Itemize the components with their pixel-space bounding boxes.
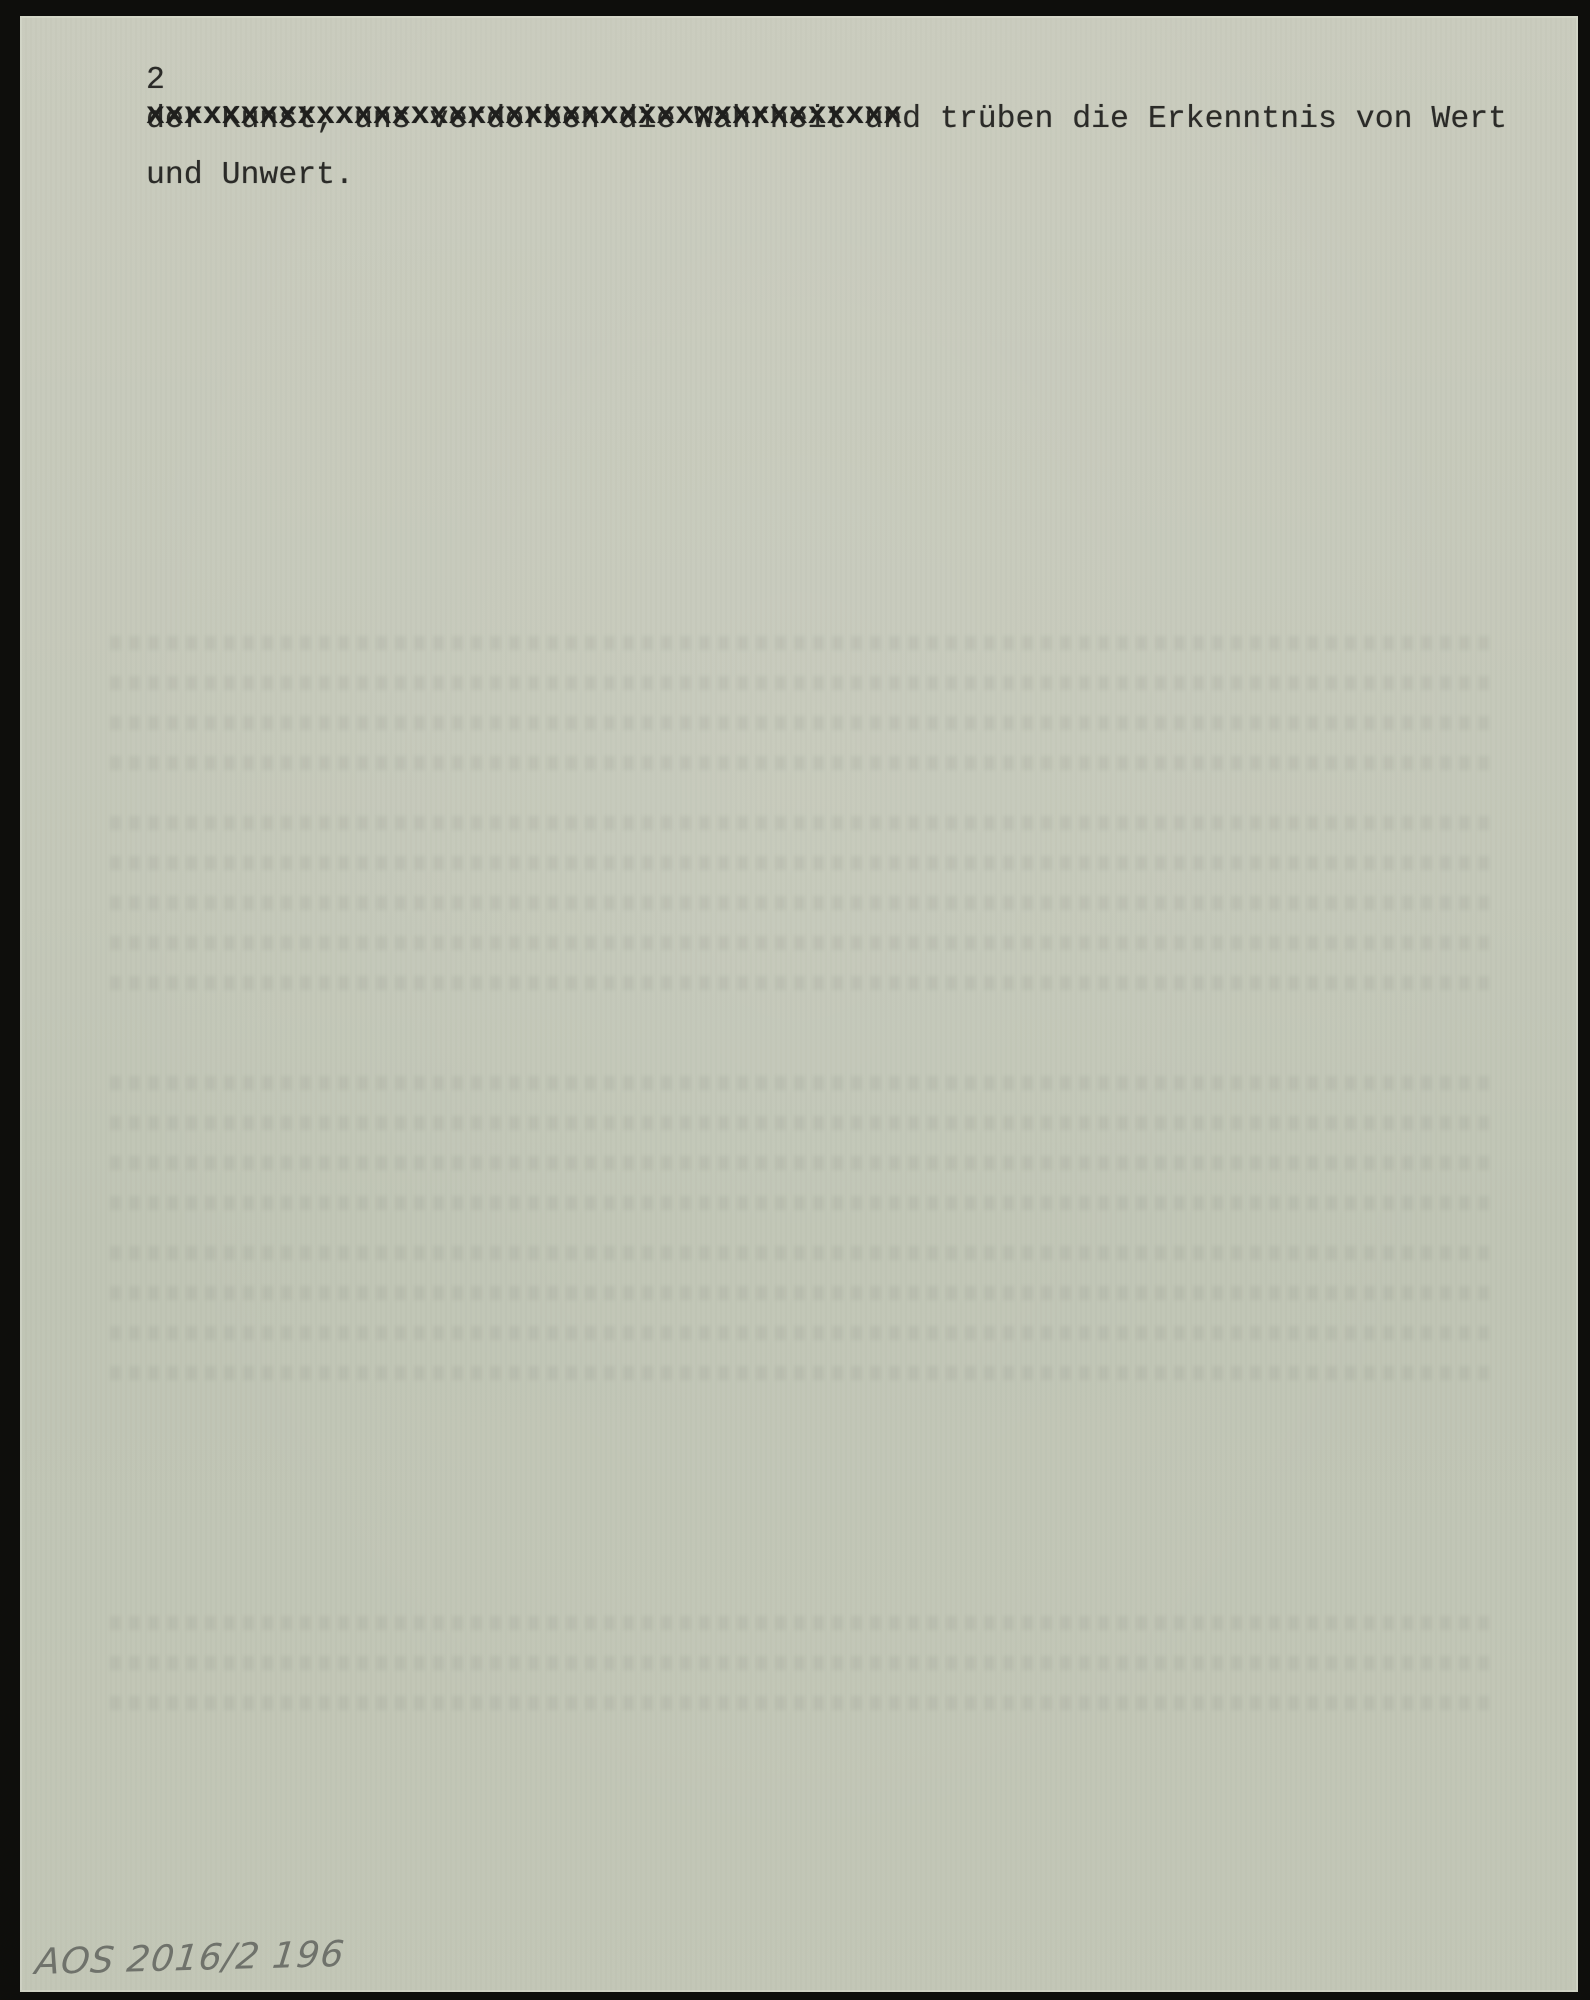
show-through-text: [110, 1326, 1490, 1340]
handwritten-archive-number: AOS 2016/2 196: [33, 1934, 347, 1983]
show-through-text: [110, 1156, 1490, 1170]
show-through-text: [110, 1696, 1490, 1710]
show-through-text: [110, 1076, 1490, 1090]
show-through-text: [110, 1246, 1490, 1260]
text-line: und Unwert.: [146, 158, 354, 193]
show-through-text: [110, 1656, 1490, 1670]
show-through-text: [110, 1366, 1490, 1380]
page-number: 2: [146, 63, 165, 98]
show-through-text: [110, 1286, 1490, 1300]
show-through-text: [110, 676, 1490, 690]
show-through-text: [110, 816, 1490, 830]
show-through-text: [110, 1116, 1490, 1130]
show-through-text: [110, 976, 1490, 990]
show-through-text: [110, 636, 1490, 650]
show-through-text: [110, 896, 1490, 910]
text-line: der Kunst, uns verdorben die Wahrheit un…: [146, 102, 1507, 137]
line-continuation: d trüben die Erkenntnis von Wert: [902, 102, 1507, 137]
overstrike-marks: xxxxxxxxxxxxxxxxxxxxxxxxxxxxxxxxxxxxxxxx: [146, 98, 902, 133]
show-through-text: [110, 936, 1490, 950]
show-through-text: [110, 1616, 1490, 1630]
show-through-text: [110, 716, 1490, 730]
show-through-text: [110, 1196, 1490, 1210]
show-through-text: [110, 856, 1490, 870]
typewritten-page: [20, 16, 1578, 1992]
struck-through-text: der Kunst, uns verdorben die Wahrheit un…: [146, 102, 902, 137]
show-through-text: [110, 756, 1490, 770]
